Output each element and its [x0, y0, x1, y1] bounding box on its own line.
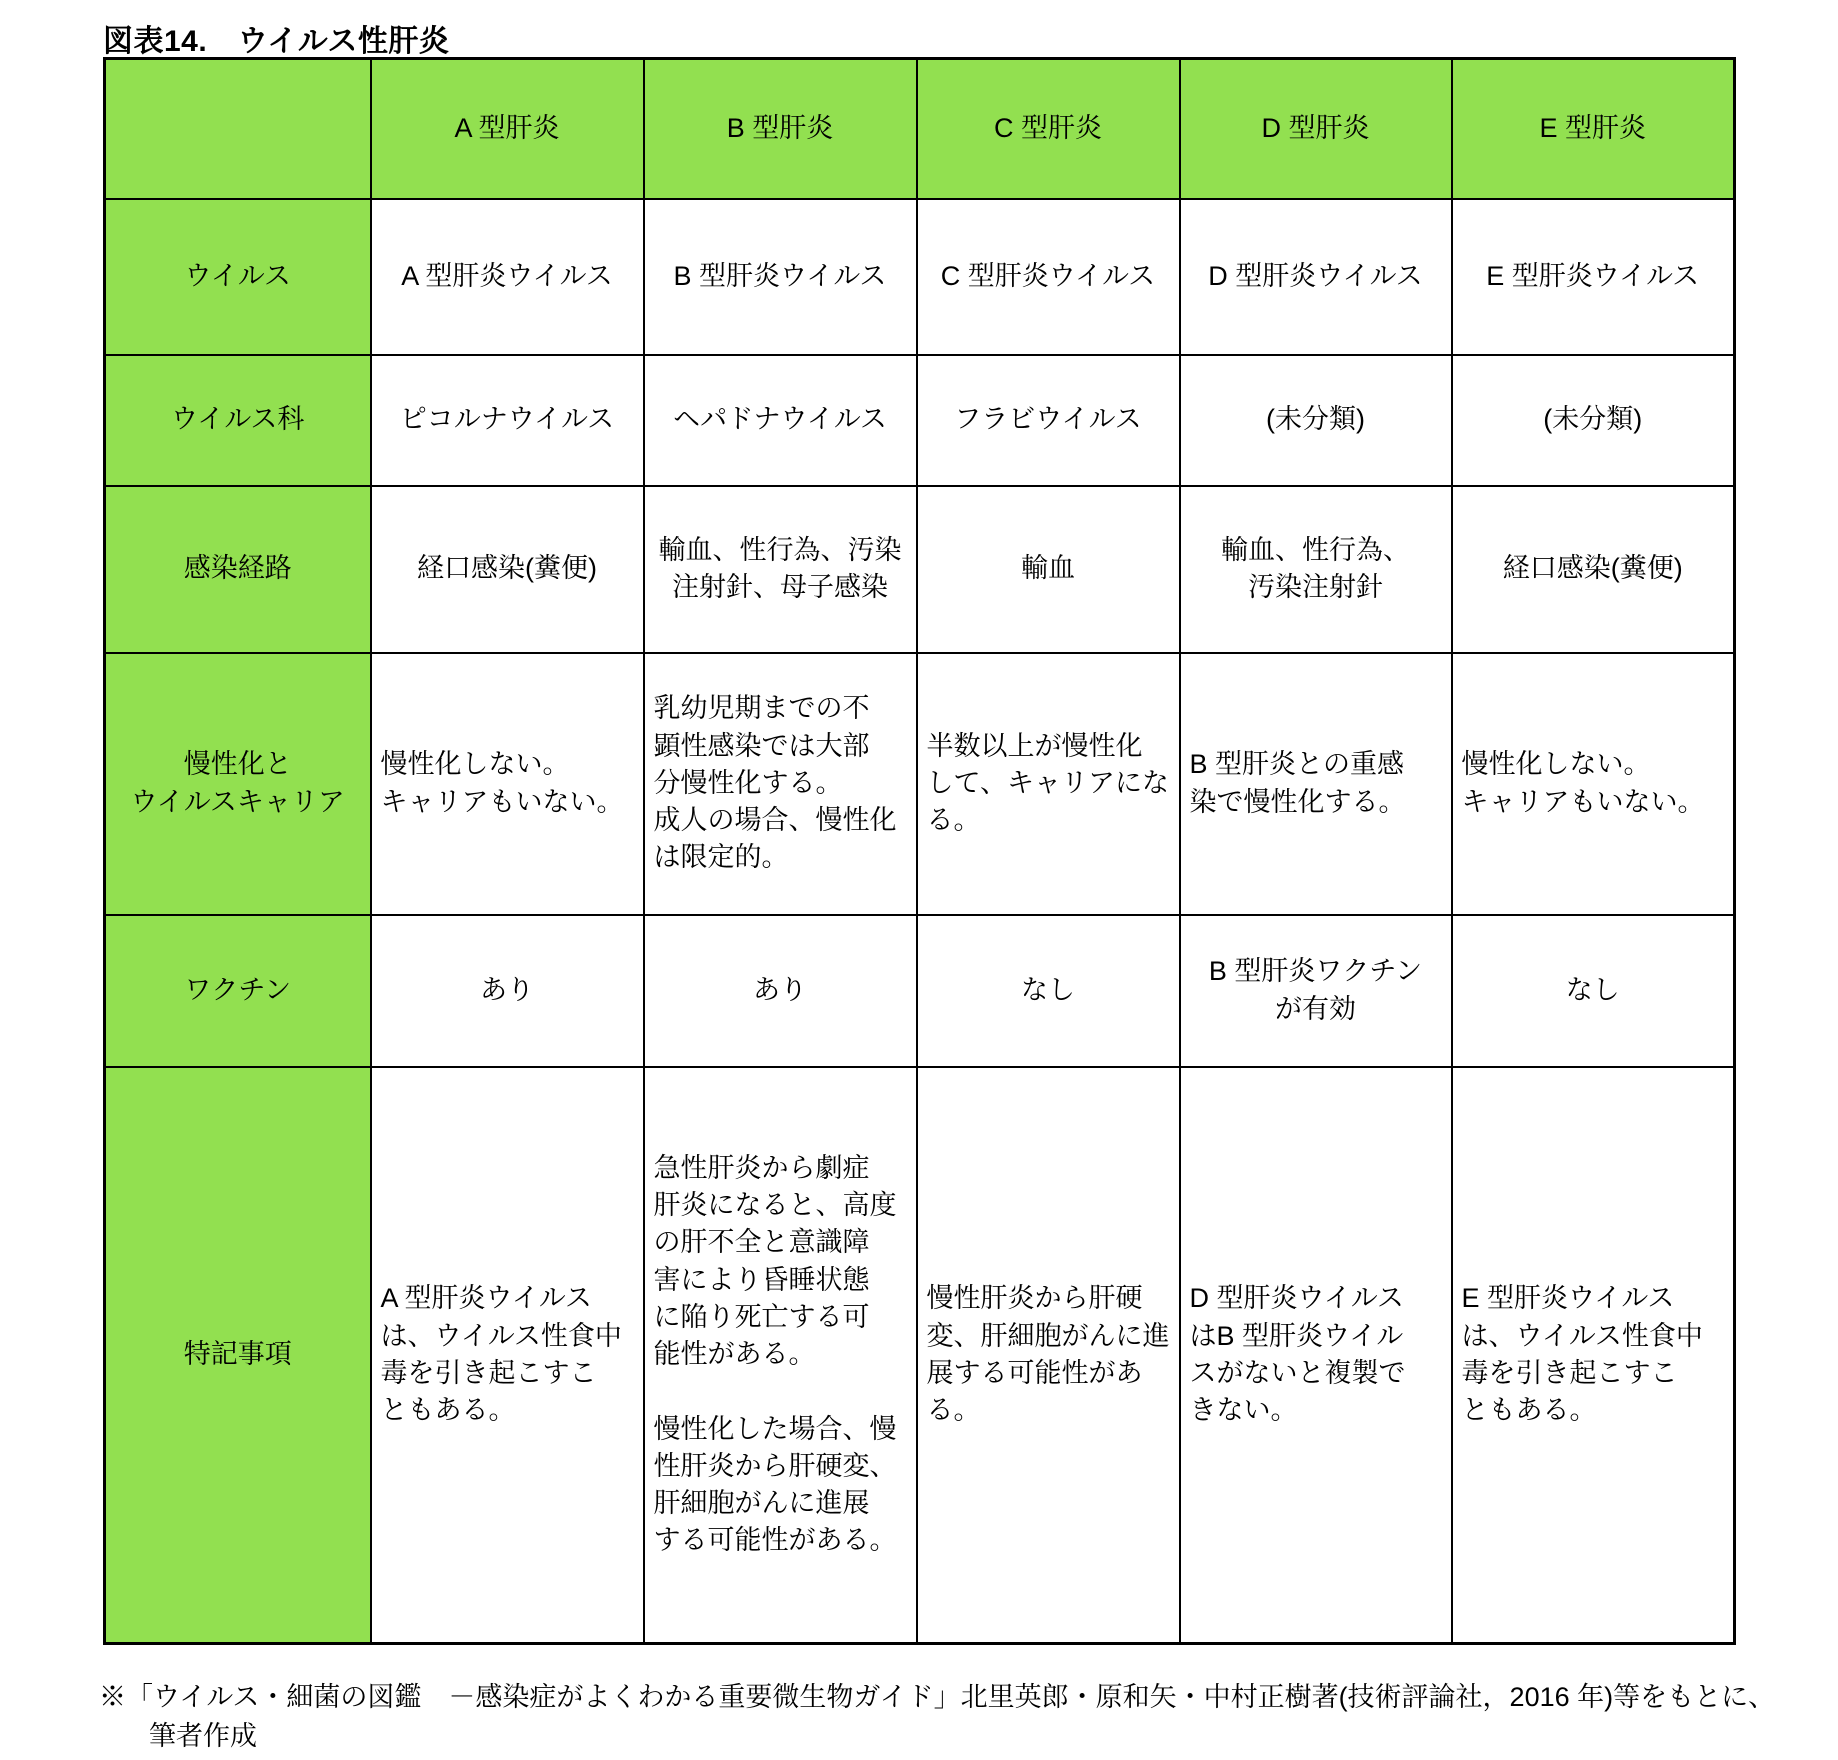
row-vaccine: ワクチン あり あり なし B 型肝炎ワクチン が有効 なし: [105, 915, 1735, 1067]
footnote-line-1: ※「ウイルス・細菌の図鑑 －感染症がよくわかる重要微生物ガイド」北里英郎・原和矢…: [99, 1678, 1799, 1717]
cell-vaccine-e: なし: [1452, 915, 1735, 1067]
column-header-hepatitis-c: C 型肝炎: [917, 59, 1180, 199]
figure-title: 図表14. ウイルス性肝炎: [103, 16, 449, 60]
row-virus: ウイルス A 型肝炎ウイルス B 型肝炎ウイルス C 型肝炎ウイルス D 型肝炎…: [105, 199, 1735, 355]
hepatitis-table: A 型肝炎 B 型肝炎 C 型肝炎 D 型肝炎 E 型肝炎 ウイルス A 型肝炎…: [103, 57, 1736, 1645]
footnote-line-2: 筆者作成: [99, 1717, 1799, 1756]
cell-route-e: 経口感染(糞便): [1452, 486, 1735, 653]
cell-notes-e: E 型肝炎ウイルス は、ウイルス性食中 毒を引き起こすこ ともある。: [1452, 1067, 1735, 1644]
row-virus-family: ウイルス科 ピコルナウイルス ヘパドナウイルス フラビウイルス (未分類) (未…: [105, 355, 1735, 486]
cell-family-c: フラビウイルス: [917, 355, 1180, 486]
cell-vaccine-a: あり: [371, 915, 644, 1067]
cell-virus-d: D 型肝炎ウイルス: [1180, 199, 1452, 355]
row-infection-route: 感染経路 経口感染(糞便) 輸血、性行為、汚染 注射針、母子感染 輸血 輸血、性…: [105, 486, 1735, 653]
page: 図表14. ウイルス性肝炎 A 型肝炎 B 型肝炎 C 型肝炎 D 型肝炎 E …: [0, 0, 1838, 1760]
row-label-virus: ウイルス: [105, 199, 371, 355]
row-chronicity-carrier: 慢性化と ウイルスキャリア 慢性化しない。 キャリアもいない。 乳幼児期までの不…: [105, 653, 1735, 915]
cell-virus-c: C 型肝炎ウイルス: [917, 199, 1180, 355]
row-label-special-notes: 特記事項: [105, 1067, 371, 1644]
row-label-infection-route: 感染経路: [105, 486, 371, 653]
row-special-notes: 特記事項 A 型肝炎ウイルス は、ウイルス性食中 毒を引き起こすこ ともある。 …: [105, 1067, 1735, 1644]
cell-chronic-a: 慢性化しない。 キャリアもいない。: [371, 653, 644, 915]
cell-chronic-e: 慢性化しない。 キャリアもいない。: [1452, 653, 1735, 915]
source-footnote: ※「ウイルス・細菌の図鑑 －感染症がよくわかる重要微生物ガイド」北里英郎・原和矢…: [99, 1678, 1799, 1756]
cell-vaccine-d: B 型肝炎ワクチン が有効: [1180, 915, 1452, 1067]
corner-cell: [105, 59, 371, 199]
cell-notes-d: D 型肝炎ウイルス はB 型肝炎ウイル スがないと複製で きない。: [1180, 1067, 1452, 1644]
cell-chronic-c: 半数以上が慢性化 して、キャリアにな る。: [917, 653, 1180, 915]
cell-family-d: (未分類): [1180, 355, 1452, 486]
header-row: A 型肝炎 B 型肝炎 C 型肝炎 D 型肝炎 E 型肝炎: [105, 59, 1735, 199]
cell-route-a: 経口感染(糞便): [371, 486, 644, 653]
cell-family-a: ピコルナウイルス: [371, 355, 644, 486]
cell-notes-c: 慢性肝炎から肝硬 変、肝細胞がんに進 展する可能性があ る。: [917, 1067, 1180, 1644]
row-label-vaccine: ワクチン: [105, 915, 371, 1067]
cell-family-b: ヘパドナウイルス: [644, 355, 917, 486]
column-header-hepatitis-e: E 型肝炎: [1452, 59, 1735, 199]
cell-virus-b: B 型肝炎ウイルス: [644, 199, 917, 355]
cell-vaccine-b: あり: [644, 915, 917, 1067]
cell-notes-a: A 型肝炎ウイルス は、ウイルス性食中 毒を引き起こすこ ともある。: [371, 1067, 644, 1644]
cell-route-b: 輸血、性行為、汚染 注射針、母子感染: [644, 486, 917, 653]
cell-virus-a: A 型肝炎ウイルス: [371, 199, 644, 355]
cell-family-e: (未分類): [1452, 355, 1735, 486]
row-label-virus-family: ウイルス科: [105, 355, 371, 486]
column-header-hepatitis-a: A 型肝炎: [371, 59, 644, 199]
cell-chronic-b: 乳幼児期までの不 顕性感染では大部 分慢性化する。 成人の場合、慢性化 は限定的…: [644, 653, 917, 915]
row-label-chronicity-carrier: 慢性化と ウイルスキャリア: [105, 653, 371, 915]
cell-notes-b: 急性肝炎から劇症 肝炎になると、高度 の肝不全と意識障 害により昏睡状態 に陥り…: [644, 1067, 917, 1644]
cell-chronic-d: B 型肝炎との重感 染で慢性化する。: [1180, 653, 1452, 915]
cell-vaccine-c: なし: [917, 915, 1180, 1067]
cell-virus-e: E 型肝炎ウイルス: [1452, 199, 1735, 355]
column-header-hepatitis-d: D 型肝炎: [1180, 59, 1452, 199]
cell-route-d: 輸血、性行為、 汚染注射針: [1180, 486, 1452, 653]
column-header-hepatitis-b: B 型肝炎: [644, 59, 917, 199]
cell-route-c: 輸血: [917, 486, 1180, 653]
